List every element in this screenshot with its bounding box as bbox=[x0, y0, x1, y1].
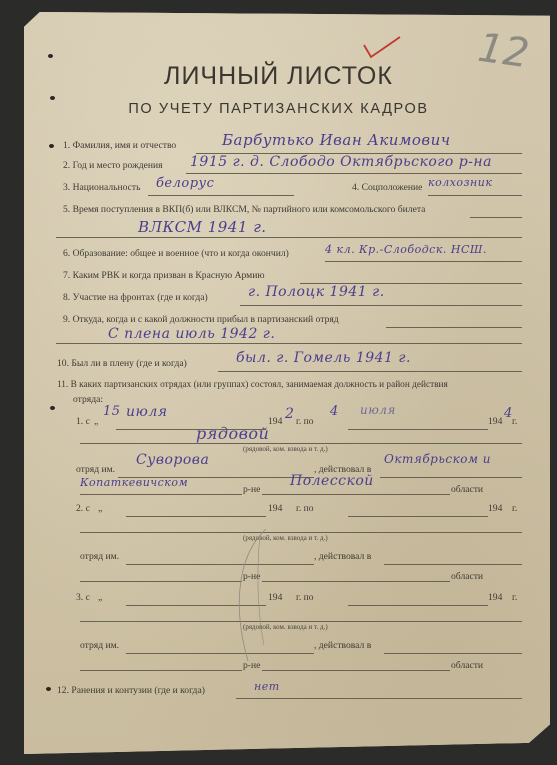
unit-3-region-label: области bbox=[451, 660, 483, 671]
unit-1-to-label: г. по bbox=[296, 416, 314, 427]
unit-1-region-label: области bbox=[451, 484, 483, 495]
unit-1-from-year: 194 bbox=[268, 416, 282, 427]
unit-2-from-year: 194 bbox=[268, 503, 282, 514]
arrival-line-1 bbox=[386, 327, 522, 328]
field-label-fronts: 8. Участие на фронтах (где и когда) bbox=[63, 292, 208, 303]
unit-2-to-label: г. по bbox=[296, 503, 314, 514]
page-subtitle: ПО УЧЕТУ ПАРТИЗАНСКИХ КАДРОВ bbox=[0, 101, 557, 117]
unit-3-year-end: г. bbox=[512, 592, 517, 603]
unit-1-from-year-digit[interactable]: 2 bbox=[285, 406, 294, 422]
social-status-value[interactable]: колхозник bbox=[428, 176, 492, 189]
binding-hole-mark bbox=[50, 406, 55, 410]
field-label-partisan-units: 11. В каких партизанских отрядах (или гр… bbox=[57, 380, 448, 390]
unit-1-position-hint: (рядовой, ком. взвода и т. д.) bbox=[243, 445, 328, 453]
unit-3-name-line[interactable] bbox=[126, 653, 314, 654]
unit-1-district-label: р-не bbox=[243, 484, 260, 495]
binding-hole-mark bbox=[50, 96, 55, 100]
unit-1-district[interactable]: Копаткевичском bbox=[80, 476, 188, 489]
field-label-birth: 2. Год и место рождения bbox=[63, 160, 163, 171]
field-label-partisan-units-cont: отряда: bbox=[73, 394, 103, 405]
unit-3-to-line[interactable] bbox=[348, 605, 488, 606]
binding-hole-mark bbox=[48, 54, 53, 58]
unit-3-name-label: отряд им. bbox=[80, 640, 119, 651]
unit-1-to-year: 194 bbox=[488, 416, 502, 427]
nationality-value[interactable]: белорус bbox=[156, 176, 214, 191]
unit-2-operated-line[interactable] bbox=[384, 564, 522, 565]
unit-3-operated-line[interactable] bbox=[384, 653, 522, 654]
unit-3-number: 3. с bbox=[76, 592, 90, 603]
unit-3-to-year: 194 bbox=[488, 592, 502, 603]
birth-line bbox=[186, 173, 522, 174]
unit-1-district-line bbox=[80, 494, 242, 495]
unit-2-name-line[interactable] bbox=[126, 564, 314, 565]
unit-1-operated-line bbox=[380, 477, 522, 478]
social-status-line bbox=[428, 195, 522, 196]
unit-1-quote-open: „ bbox=[94, 416, 98, 427]
arrival-value[interactable]: С плена июль 1942 г. bbox=[108, 326, 275, 342]
page-title: ЛИЧНЫЙ ЛИСТОК bbox=[0, 62, 557, 91]
unit-2-name-label: отряд им. bbox=[80, 551, 119, 562]
unit-1-to-month[interactable]: июля bbox=[360, 403, 396, 417]
education-value[interactable]: 4 кл. Кр.-Слободск. НСШ. bbox=[325, 243, 487, 256]
unit-1-year-end: г. bbox=[512, 416, 517, 427]
fronts-value[interactable]: г. Полоцк 1941 г. bbox=[248, 284, 385, 300]
unit-2-to-line[interactable] bbox=[348, 516, 488, 517]
unit-1-from-month[interactable]: июля bbox=[126, 404, 168, 420]
unit-1-name[interactable]: Суворова bbox=[136, 452, 209, 468]
field-label-party-membership: 5. Время поступления в ВКП(б) или ВЛКСМ,… bbox=[63, 204, 425, 215]
field-label-arrival: 9. Откуда, когда и с какой должности при… bbox=[63, 314, 339, 325]
party-membership-line-2 bbox=[56, 237, 522, 238]
unit-3-district-line[interactable] bbox=[80, 670, 242, 671]
unit-1-position-line bbox=[80, 443, 522, 444]
wounds-value[interactable]: нет bbox=[254, 680, 280, 693]
field-label-wounds: 12. Ранения и контузии (где и когда) bbox=[57, 685, 205, 696]
unit-3-to-label: г. по bbox=[296, 592, 314, 603]
unit-2-to-year: 194 bbox=[488, 503, 502, 514]
unit-3-operated-label: , действовал в bbox=[314, 640, 371, 651]
unit-1-name-label: отряд им. bbox=[76, 464, 115, 475]
party-membership-line-1 bbox=[470, 217, 522, 218]
unit-3-region-line[interactable] bbox=[262, 670, 450, 671]
full-name-value[interactable]: Барбутько Иван Акимович bbox=[222, 131, 451, 149]
unit-1-to-line bbox=[348, 429, 488, 430]
education-line bbox=[325, 261, 522, 262]
unit-1-operated-in[interactable]: Октябрьском и bbox=[384, 452, 491, 466]
captivity-line bbox=[218, 371, 522, 372]
unit-3-quote-open: „ bbox=[98, 592, 102, 603]
unit-1-region-line bbox=[262, 494, 450, 495]
field-label-full-name: 1. Фамилия, имя и отчество bbox=[63, 140, 176, 151]
unit-1-position[interactable]: рядовой bbox=[196, 424, 269, 443]
unit-1-number: 1. с bbox=[76, 416, 90, 427]
arrival-line-2 bbox=[56, 343, 522, 344]
party-membership-value[interactable]: ВЛКСМ 1941 г. bbox=[138, 218, 267, 236]
unit-2-quote-open: „ bbox=[98, 503, 102, 514]
unit-2-region-line[interactable] bbox=[262, 581, 450, 582]
binding-hole-mark bbox=[49, 144, 54, 148]
unit-1-region[interactable]: Полесской bbox=[290, 473, 374, 489]
unit-2-number: 2. с bbox=[76, 503, 90, 514]
field-label-social-status: 4. Соцположение bbox=[352, 182, 422, 193]
wounds-line bbox=[236, 698, 522, 699]
birth-value[interactable]: 1915 г. д. Слободо Октябрьского р-на bbox=[190, 154, 492, 170]
fronts-line bbox=[240, 305, 522, 306]
check-mark-icon bbox=[362, 35, 402, 61]
binding-hole-mark bbox=[46, 687, 51, 691]
unit-2-operated-label: , действовал в bbox=[314, 551, 371, 562]
field-label-nationality: 3. Национальность bbox=[63, 182, 140, 193]
unit-1-from-day[interactable]: 15 bbox=[103, 404, 121, 419]
unit-2-district-line[interactable] bbox=[80, 581, 242, 582]
nationality-line bbox=[148, 195, 294, 196]
unit-3-position-line[interactable] bbox=[80, 621, 522, 622]
unit-1-to-day[interactable]: 4 bbox=[330, 404, 339, 419]
unit-2-position-line[interactable] bbox=[80, 532, 522, 533]
field-label-conscription: 7. Каким РВК и когда призван в Красную А… bbox=[63, 270, 265, 281]
unit-2-region-label: области bbox=[451, 571, 483, 582]
field-label-captivity: 10. Был ли в плену (где и когда) bbox=[57, 358, 187, 369]
unit-2-year-end: г. bbox=[512, 503, 517, 514]
pencil-stroke-mark bbox=[228, 525, 278, 665]
unit-2-from-line[interactable] bbox=[126, 516, 266, 517]
captivity-value[interactable]: был. г. Гомель 1941 г. bbox=[236, 350, 411, 366]
field-label-education: 6. Образование: общее и военное (что и к… bbox=[63, 248, 289, 259]
